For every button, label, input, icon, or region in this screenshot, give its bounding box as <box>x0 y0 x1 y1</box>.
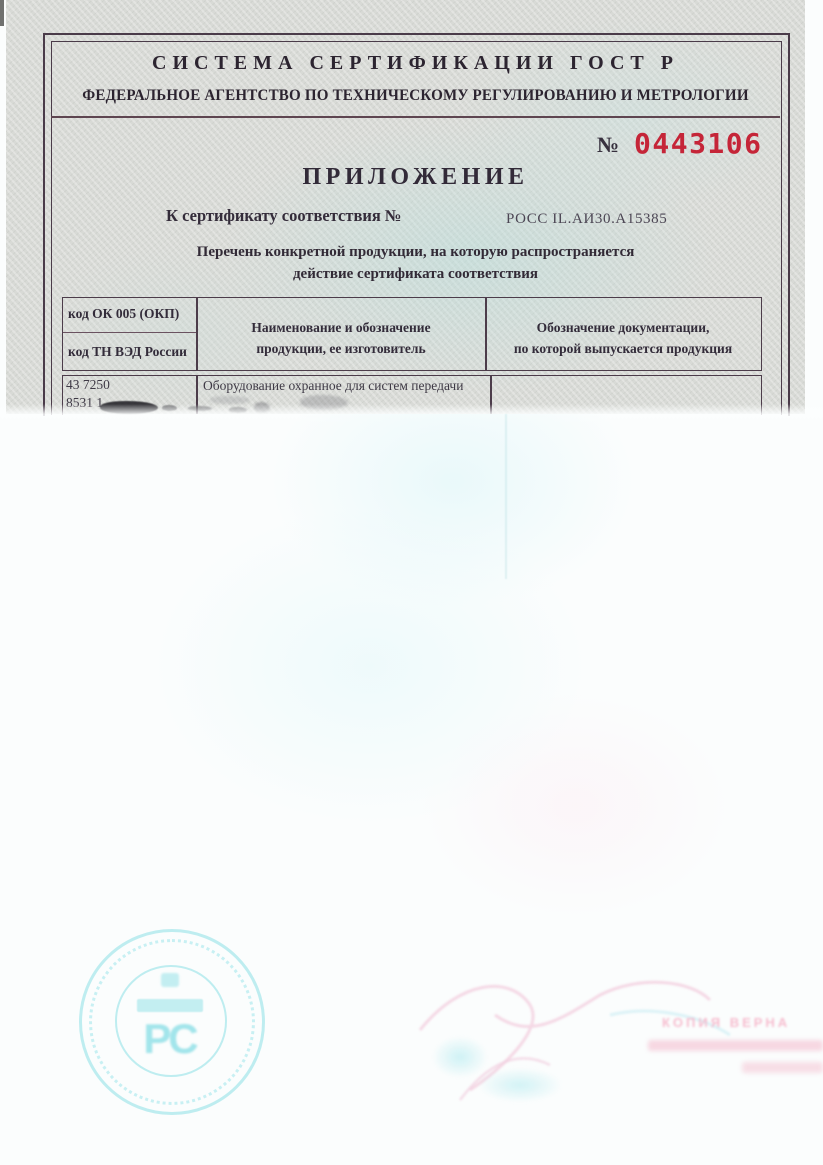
ghost-table-divider <box>505 414 507 579</box>
scan-edge-artifact <box>0 0 4 26</box>
subtitle-line-2: действие сертификата соответствия <box>43 266 788 283</box>
stamp-emblem <box>161 973 179 987</box>
certification-system-title: СИСТЕМА СЕРТИФИКАЦИИ ГОСТ Р <box>51 52 780 75</box>
form-number-prefix: № <box>597 132 619 158</box>
copy-note-illegible-line <box>742 1062 823 1073</box>
subtitle-line-1: Перечень конкретной продукции, на котору… <box>43 244 788 261</box>
document-title: ПРИЛОЖЕНИЕ <box>43 164 788 191</box>
certificate-reference-label: К сертификату соответствия № <box>166 206 402 226</box>
column-header-product-line2: продукции, ее изготовитель <box>256 341 425 356</box>
copy-note-text: КОПИЯ ВЕРНА <box>662 1015 823 1030</box>
copy-note-illegible-line <box>648 1040 823 1051</box>
column-header-documentation: Обозначение документации, по которой вып… <box>486 317 760 359</box>
ghost-stamp-fragment <box>430 1025 580 1105</box>
column-header-okp-code: код ОК 005 (ОКП) <box>68 306 179 322</box>
certification-stamp: РС <box>79 929 265 1115</box>
stamp-label-band <box>137 999 203 1012</box>
column-header-product-line1: Наименование и обозначение <box>251 320 430 335</box>
washed-out-page-area <box>0 414 823 974</box>
cell-okp-code: 43 7250 <box>66 377 110 393</box>
code-column-separator <box>63 332 196 333</box>
column-header-documentation-line2: по которой выпускается продукция <box>514 341 732 356</box>
certificate-reference-number: РОСС IL.АИ30.А15385 <box>506 211 667 228</box>
cell-product-name: Оборудование охранное для систем передач… <box>203 378 463 394</box>
form-number-value: 0443106 <box>634 127 763 160</box>
column-header-documentation-line1: Обозначение документации, <box>537 320 710 335</box>
agency-name: ФЕДЕРАЛЬНОЕ АГЕНТСТВО ПО ТЕХНИЧЕСКОМУ РЕ… <box>62 87 769 105</box>
header-separator-line <box>51 116 780 118</box>
column-header-product: Наименование и обозначение продукции, ее… <box>197 317 485 359</box>
stamp-initials: РС <box>79 1015 261 1063</box>
scan-smudge <box>210 396 250 404</box>
column-header-tnved-code: код ТН ВЭД России <box>68 344 187 360</box>
